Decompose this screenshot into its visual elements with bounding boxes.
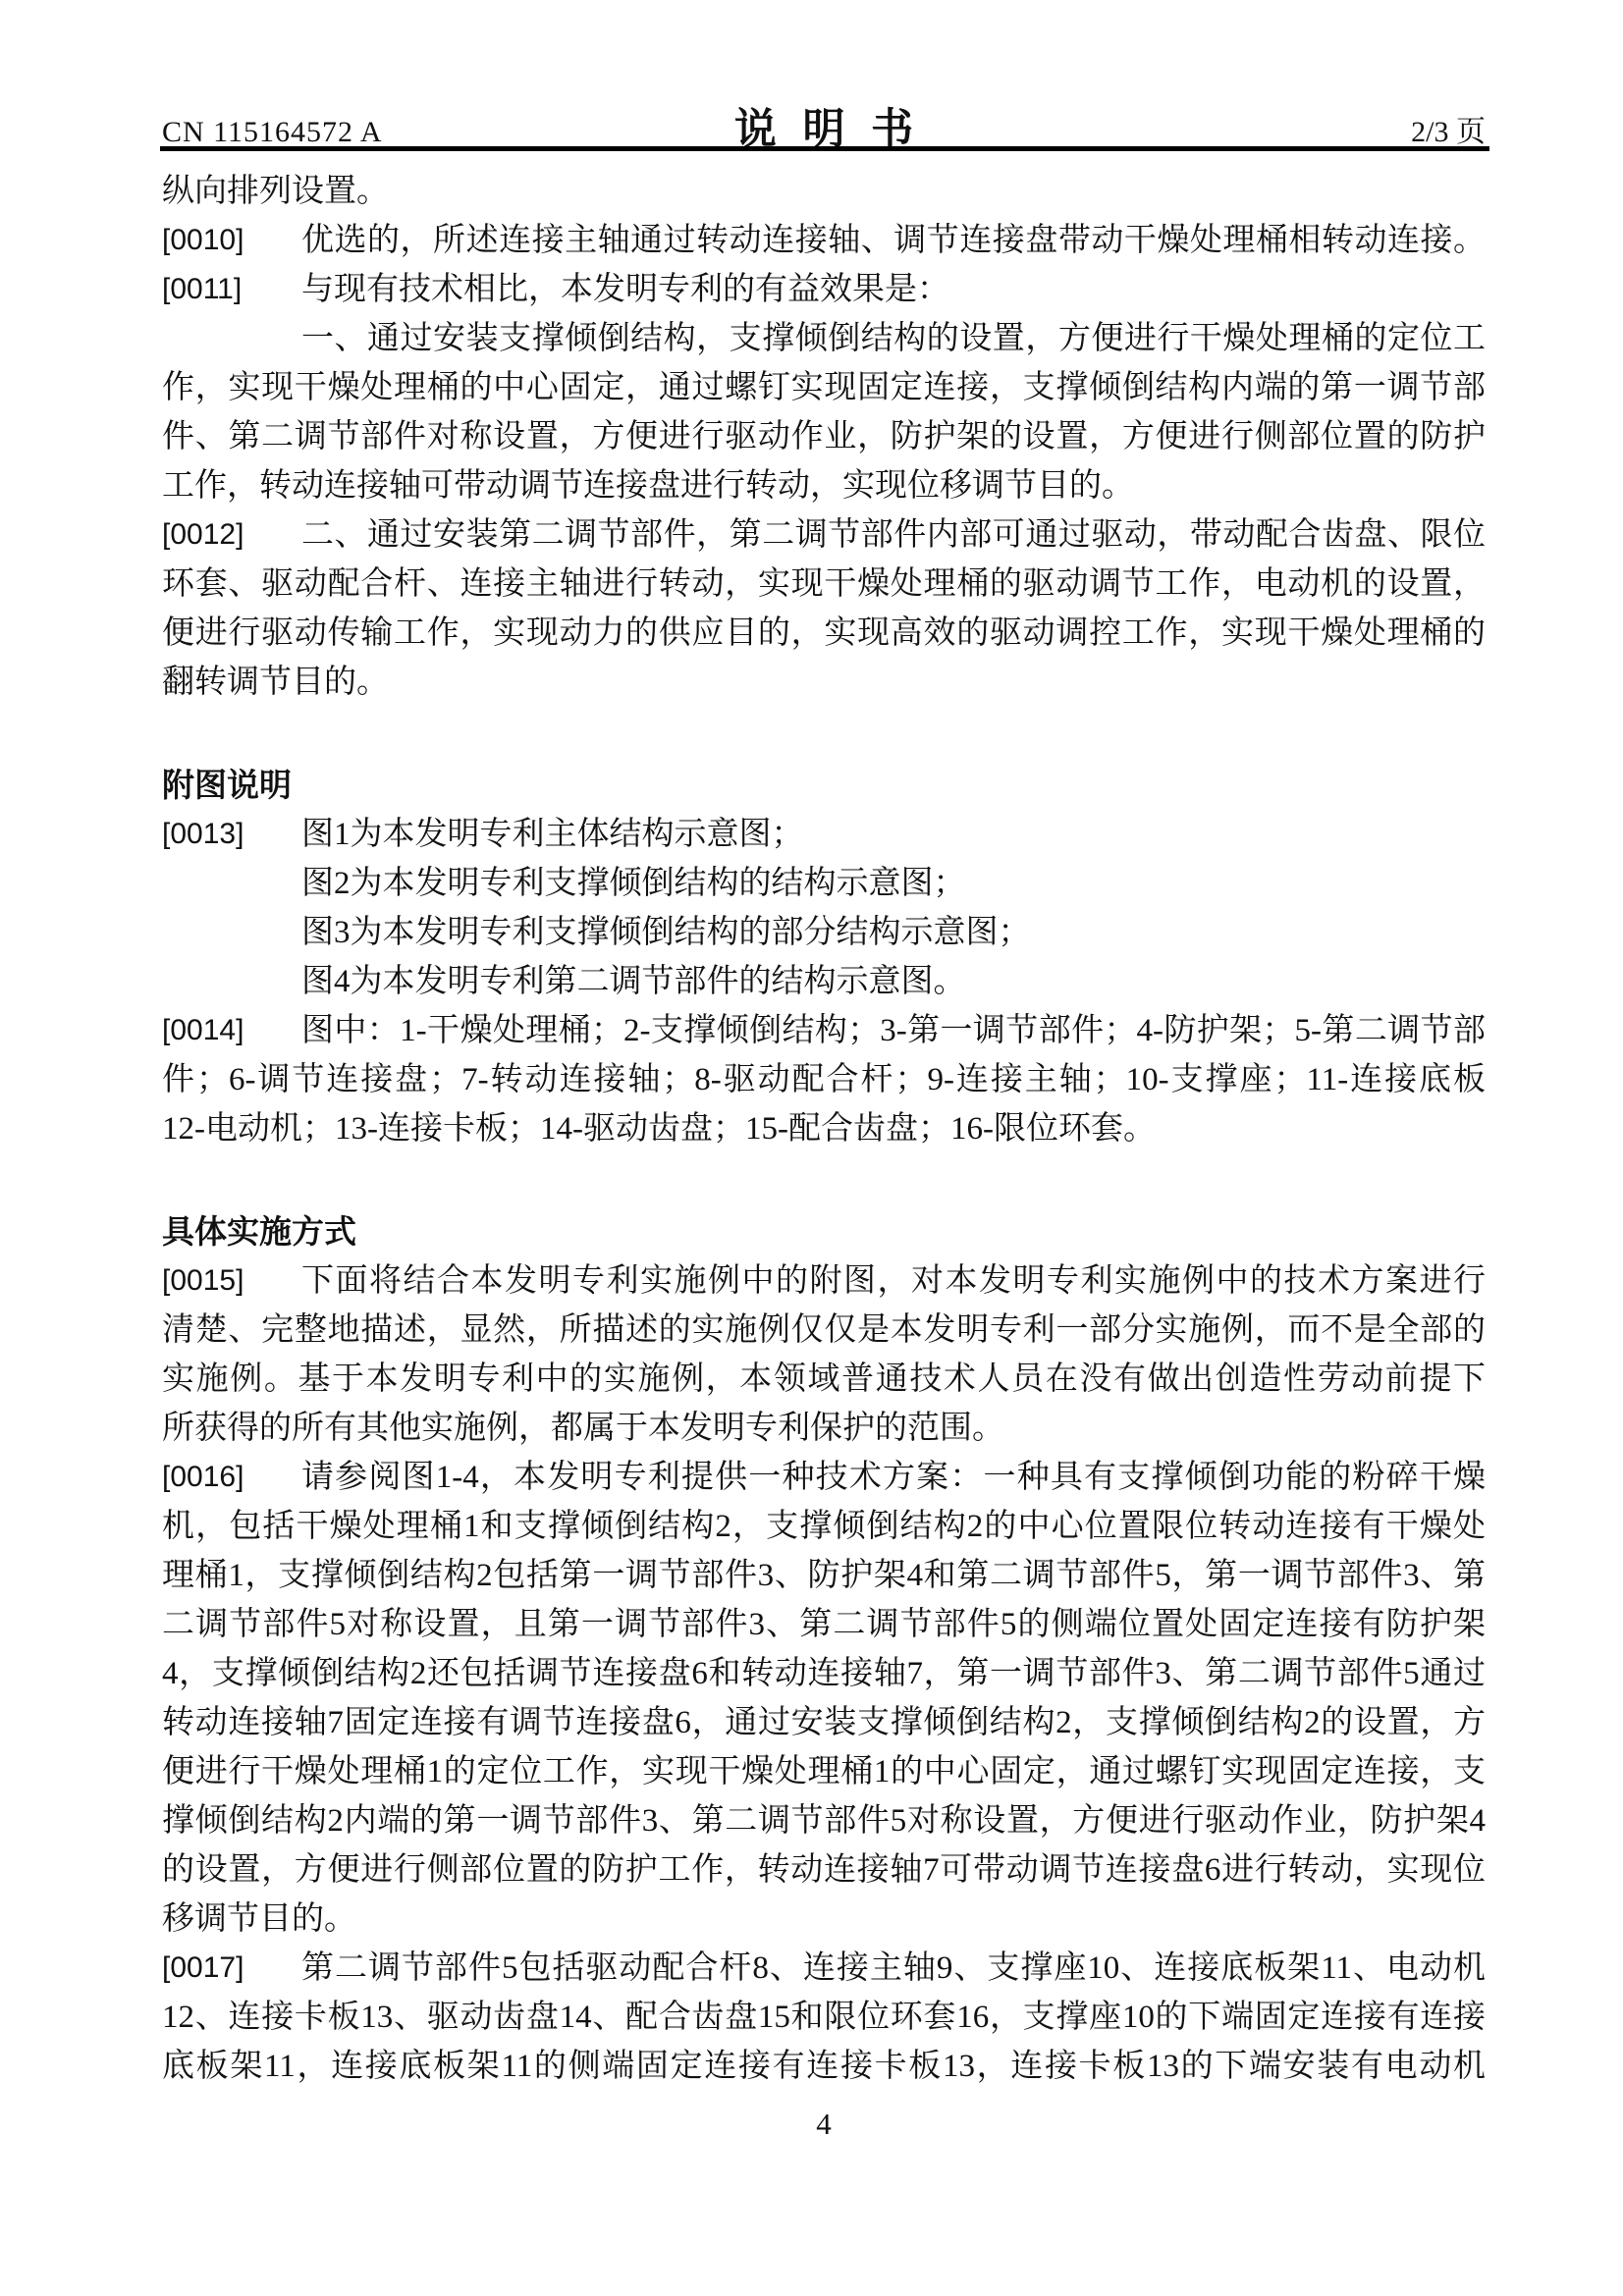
line-text: 转动连接轴7固定连接有调节连接盘6，通过安装支撑倾倒结构2，支撑倾倒结构2的设置…	[162, 1698, 1486, 1747]
text-line: 作，实现干燥处理桶的中心固定，通过螺钉实现固定连接，支撑倾倒结构内端的第一调节部	[162, 363, 1486, 412]
text-line: 底板架11，连接底板架11的侧端固定连接有连接卡板13，连接卡板13的下端安装有…	[162, 2042, 1486, 2091]
line-text: 清楚、完整地描述，显然，所描述的实施例仅仅是本发明专利一部分实施例，而不是全部的	[162, 1306, 1486, 1355]
line-text: 与现有技术相比，本发明专利的有益效果是：	[301, 265, 1486, 314]
line-text: 12、连接卡板13、驱动齿盘14、配合齿盘15和限位环套16，支撑座10的下端固…	[162, 1993, 1486, 2042]
page-number-footer: 4	[162, 2107, 1486, 2142]
line-text: 12-电动机；13-连接卡板；14-驱动齿盘；15-配合齿盘；16-限位环套。	[162, 1104, 1486, 1153]
paragraph-tag: [0011]	[162, 265, 301, 314]
line-text: 二、通过安装第二调节部件，第二调节部件内部可通过驱动，带动配合齿盘、限位	[301, 510, 1486, 560]
text-line: 理桶1，支撑倾倒结构2包括第一调节部件3、防护架4和第二调节部件5，第一调节部件…	[162, 1551, 1486, 1600]
text-line: 图4为本发明专利第二调节部件的结构示意图。	[162, 957, 1486, 1006]
text-line: 移调节目的。	[162, 1895, 1486, 1944]
text-line: 12-电动机；13-连接卡板；14-驱动齿盘；15-配合齿盘；16-限位环套。	[162, 1104, 1486, 1153]
text-line: 件、第二调节部件对称设置，方便进行驱动作业，防护架的设置，方便进行侧部位置的防护	[162, 412, 1486, 461]
line-text: 便进行干燥处理桶1的定位工作，实现干燥处理桶1的中心固定，通过螺钉实现固定连接，…	[162, 1747, 1486, 1796]
paragraph-tag: [0016]	[162, 1453, 301, 1502]
text-line: 件；6-调节连接盘；7-转动连接轴；8-驱动配合杆；9-连接主轴；10-支撑座；…	[162, 1055, 1486, 1104]
text-line: 4，支撑倾倒结构2还包括调节连接盘6和转动连接轴7，第一调节部件3、第二调节部件…	[162, 1649, 1486, 1698]
paragraph-tag: [0015]	[162, 1256, 301, 1306]
text-line: 便进行驱动传输工作，实现动力的供应目的，实现高效的驱动调控工作，实现干燥处理桶的	[162, 609, 1486, 658]
line-text: 机，包括干燥处理桶1和支撑倾倒结构2，支撑倾倒结构2的中心位置限位转动连接有干燥…	[162, 1502, 1486, 1551]
text-line: [0012]二、通过安装第二调节部件，第二调节部件内部可通过驱动，带动配合齿盘、…	[162, 510, 1486, 560]
section-heading: 附图说明	[162, 761, 1486, 810]
section-heading: 具体实施方式	[162, 1207, 1486, 1256]
text-line: 便进行干燥处理桶1的定位工作，实现干燥处理桶1的中心固定，通过螺钉实现固定连接，…	[162, 1747, 1486, 1796]
text-line: [0015]下面将结合本发明专利实施例中的附图，对本发明专利实施例中的技术方案进…	[162, 1256, 1486, 1306]
text-line: 机，包括干燥处理桶1和支撑倾倒结构2，支撑倾倒结构2的中心位置限位转动连接有干燥…	[162, 1502, 1486, 1551]
line-text: 工作，转动连接轴可带动调节连接盘进行转动，实现位移调节目的。	[162, 461, 1486, 510]
line-text: 的设置，方便进行侧部位置的防护工作，转动连接轴7可带动调节连接盘6进行转动，实现…	[162, 1845, 1486, 1895]
text-line: 环套、驱动配合杆、连接主轴进行转动，实现干燥处理桶的驱动调节工作，电动机的设置，…	[162, 560, 1486, 609]
text-line: 清楚、完整地描述，显然，所描述的实施例仅仅是本发明专利一部分实施例，而不是全部的	[162, 1306, 1486, 1355]
text-line: 转动连接轴7固定连接有调节连接盘6，通过安装支撑倾倒结构2，支撑倾倒结构2的设置…	[162, 1698, 1486, 1747]
line-text: 图4为本发明专利第二调节部件的结构示意图。	[301, 957, 1486, 1006]
text-line: 一、通过安装支撑倾倒结构，支撑倾倒结构的设置，方便进行干燥处理桶的定位工	[162, 314, 1486, 363]
paragraph-tag: [0012]	[162, 510, 301, 560]
text-line: 12、连接卡板13、驱动齿盘14、配合齿盘15和限位环套16，支撑座10的下端固…	[162, 1993, 1486, 2042]
paragraph-tag: [0017]	[162, 1944, 301, 1993]
line-text: 图2为本发明专利支撑倾倒结构的结构示意图；	[301, 859, 1486, 908]
line-text: 第二调节部件5包括驱动配合杆8、连接主轴9、支撑座10、连接底板架11、电动机	[301, 1944, 1486, 1993]
line-text: 请参阅图1-4，本发明专利提供一种技术方案：一种具有支撑倾倒功能的粉碎干燥	[301, 1453, 1486, 1502]
line-text: 理桶1，支撑倾倒结构2包括第一调节部件3、防护架4和第二调节部件5，第一调节部件…	[162, 1551, 1486, 1600]
document-body: 纵向排列设置。[0010]优选的，所述连接主轴通过转动连接轴、调节连接盘带动干燥…	[162, 167, 1486, 2091]
text-line: [0016]请参阅图1-4，本发明专利提供一种技术方案：一种具有支撑倾倒功能的粉…	[162, 1453, 1486, 1502]
line-text: 件；6-调节连接盘；7-转动连接轴；8-驱动配合杆；9-连接主轴；10-支撑座；…	[162, 1055, 1486, 1104]
line-text: 图3为本发明专利支撑倾倒结构的部分结构示意图；	[301, 908, 1486, 957]
page-indicator: 2/3 页	[913, 107, 1486, 150]
text-line: 实施例。基于本发明专利中的实施例，本领域普通技术人员在没有做出创造性劳动前提下	[162, 1355, 1486, 1404]
line-text: 图中：1-干燥处理桶；2-支撑倾倒结构；3-第一调节部件；4-防护架；5-第二调…	[301, 1006, 1486, 1055]
text-line: 图3为本发明专利支撑倾倒结构的部分结构示意图；	[162, 908, 1486, 957]
line-text: 环套、驱动配合杆、连接主轴进行转动，实现干燥处理桶的驱动调节工作，电动机的设置，…	[162, 560, 1486, 609]
text-line: [0013]图1为本发明专利主体结构示意图；	[162, 810, 1486, 859]
text-line: [0014]图中：1-干燥处理桶；2-支撑倾倒结构；3-第一调节部件；4-防护架…	[162, 1006, 1486, 1055]
line-text: 撑倾倒结构2内端的第一调节部件3、第二调节部件5对称设置，方便进行驱动作业，防护…	[162, 1796, 1486, 1845]
line-text: 底板架11，连接底板架11的侧端固定连接有连接卡板13，连接卡板13的下端安装有…	[162, 2042, 1486, 2091]
text-line: 撑倾倒结构2内端的第一调节部件3、第二调节部件5对称设置，方便进行驱动作业，防护…	[162, 1796, 1486, 1845]
text-line: [0011]与现有技术相比，本发明专利的有益效果是：	[162, 265, 1486, 314]
line-text: 下面将结合本发明专利实施例中的附图，对本发明专利实施例中的技术方案进行	[301, 1256, 1486, 1306]
line-text: 4，支撑倾倒结构2还包括调节连接盘6和转动连接轴7，第一调节部件3、第二调节部件…	[162, 1649, 1486, 1698]
line-text: 作，实现干燥处理桶的中心固定，通过螺钉实现固定连接，支撑倾倒结构内端的第一调节部	[162, 363, 1486, 412]
text-line: 纵向排列设置。	[162, 167, 1486, 216]
text-line: 所获得的所有其他实施例，都属于本发明专利保护的范围。	[162, 1404, 1486, 1453]
text-line: 工作，转动连接轴可带动调节连接盘进行转动，实现位移调节目的。	[162, 461, 1486, 510]
line-text: 图1为本发明专利主体结构示意图；	[301, 810, 1486, 859]
header-rule	[160, 146, 1489, 151]
patent-page: CN 115164572 A 说明书 2/3 页 纵向排列设置。[0010]优选…	[0, 0, 1623, 2296]
line-text: 优选的，所述连接主轴通过转动连接轴、调节连接盘带动干燥处理桶相转动连接。	[301, 216, 1486, 265]
text-line: 的设置，方便进行侧部位置的防护工作，转动连接轴7可带动调节连接盘6进行转动，实现…	[162, 1845, 1486, 1895]
line-text: 便进行驱动传输工作，实现动力的供应目的，实现高效的驱动调控工作，实现干燥处理桶的	[162, 609, 1486, 658]
line-text: 所获得的所有其他实施例，都属于本发明专利保护的范围。	[162, 1404, 1486, 1453]
line-text: 翻转调节目的。	[162, 658, 1486, 707]
line-text: 二调节部件5对称设置，且第一调节部件3、第二调节部件5的侧端位置处固定连接有防护…	[162, 1600, 1486, 1649]
line-text: 移调节目的。	[162, 1895, 1486, 1944]
line-text: 实施例。基于本发明专利中的实施例，本领域普通技术人员在没有做出创造性劳动前提下	[162, 1355, 1486, 1404]
page-header: CN 115164572 A 说明书 2/3 页	[162, 94, 1486, 154]
line-text: 具体实施方式	[162, 1207, 1486, 1256]
line-text: 件、第二调节部件对称设置，方便进行驱动作业，防护架的设置，方便进行侧部位置的防护	[162, 412, 1486, 461]
line-text: 纵向排列设置。	[162, 167, 1486, 216]
text-line: 翻转调节目的。	[162, 658, 1486, 707]
text-line: [0017]第二调节部件5包括驱动配合杆8、连接主轴9、支撑座10、连接底板架1…	[162, 1944, 1486, 1993]
text-line: [0010]优选的，所述连接主轴通过转动连接轴、调节连接盘带动干燥处理桶相转动连…	[162, 216, 1486, 265]
text-line: 二调节部件5对称设置，且第一调节部件3、第二调节部件5的侧端位置处固定连接有防护…	[162, 1600, 1486, 1649]
line-text: 附图说明	[162, 761, 1486, 810]
line-text: 一、通过安装支撑倾倒结构，支撑倾倒结构的设置，方便进行干燥处理桶的定位工	[301, 314, 1486, 363]
text-line: 图2为本发明专利支撑倾倒结构的结构示意图；	[162, 859, 1486, 908]
paragraph-tag: [0014]	[162, 1006, 301, 1055]
publication-number: CN 115164572 A	[162, 116, 734, 149]
paragraph-tag: [0013]	[162, 810, 301, 859]
paragraph-tag: [0010]	[162, 216, 301, 265]
